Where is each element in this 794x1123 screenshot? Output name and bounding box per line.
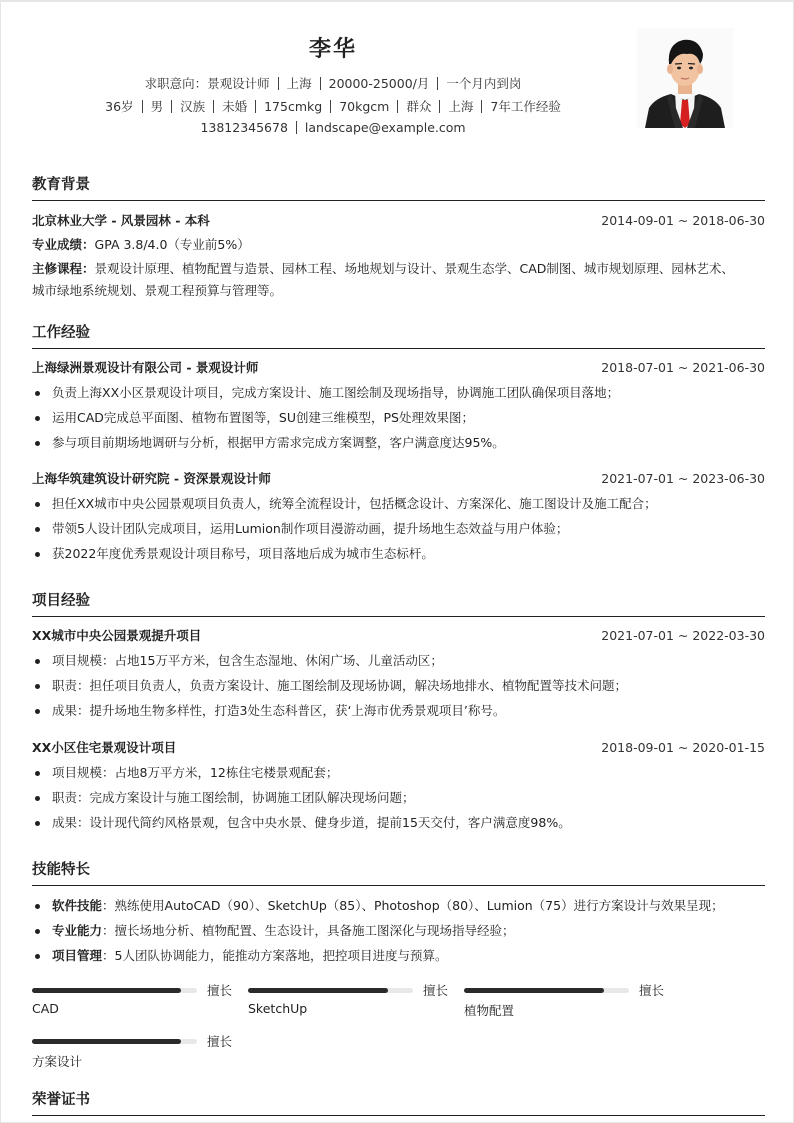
section-title: 荣誉证书 <box>32 1089 765 1111</box>
project-heading-row: XX城市中央公园景观提升项目 2021-07-01 ~ 2022-03-30 <box>32 627 765 645</box>
skill-bar-fill <box>464 988 604 993</box>
divider <box>278 77 279 90</box>
job-date: 2018-07-01 ~ 2021-06-30 <box>601 359 765 377</box>
skill-bullet: 软件技能：熟练使用AutoCAD（90）、SketchUp（85）、Photos… <box>32 897 765 915</box>
project-bullet: 项目规模：占地8万平方米，12栋住宅楼景观配套； <box>32 764 765 782</box>
job-entry: 上海华筑建筑设计研究院 - 资深景观设计师 2021-07-01 ~ 2023-… <box>32 470 765 570</box>
project-title: XX小区住宅景观设计项目 <box>32 740 176 755</box>
skill-bar-track <box>464 988 629 993</box>
skill-bar-fill <box>248 988 388 993</box>
divider <box>255 100 256 113</box>
skill-level: 擅长 <box>639 981 664 999</box>
job-bullet: 参与项目前期场地调研与分析，根据甲方需求完成方案调整，客户满意度达95%。 <box>32 434 765 452</box>
political-status: 群众 <box>406 99 431 114</box>
section-skills: 技能特长 <box>32 859 765 886</box>
resume-page: 李华 求职意向：景观设计师上海20000-25000/月一个月内到岗 36岁男汉… <box>0 0 794 1123</box>
height: 175cmkg <box>264 99 322 114</box>
section-projects: 项目经验 <box>32 590 765 617</box>
skill-name: CAD <box>32 1001 59 1016</box>
gpa-label: 专业成绩： <box>32 237 95 252</box>
skill-bullet: 专业能力：擅长场地分析、植物配置、生态设计，具备施工图深化与现场指导经验； <box>32 922 765 940</box>
education-entry: 北京林业大学 - 风景园林 - 本科 2014-09-01 ~ 2018-06-… <box>32 212 765 302</box>
gpa-row: 专业成绩：GPA 3.8/4.0（专业前5%） <box>32 236 765 254</box>
marital-status: 未婚 <box>222 99 247 114</box>
education-heading-row: 北京林业大学 - 风景园林 - 本科 2014-09-01 ~ 2018-06-… <box>32 212 765 230</box>
skill-label: 专业能力 <box>52 923 102 938</box>
project-date: 2018-09-01 ~ 2020-01-15 <box>601 739 765 757</box>
divider <box>481 100 482 113</box>
courses-value-cont: 城市绿地系统规划、景观工程预算与管理等。 <box>32 283 282 298</box>
skill-text: ：擅长场地分析、植物配置、生态设计，具备施工图深化与现场指导经验； <box>102 923 515 938</box>
divider <box>320 77 321 90</box>
experience-years: 7年工作经验 <box>490 99 560 114</box>
salary: 20000-25000/月 <box>329 76 430 91</box>
divider <box>213 100 214 113</box>
courses-row: 主修课程：景观设计原理、植物配置与造景、园林工程、场地规划与设计、景观生态学、C… <box>32 260 765 278</box>
skill-name: SketchUp <box>248 1001 307 1016</box>
skill-bar-fill <box>32 988 181 993</box>
skill-level: 擅长 <box>207 1032 232 1050</box>
skill-bar-cad: 擅长 CAD <box>32 984 232 1026</box>
project-bullet: 项目规模：占地15万平方米，包含生态湿地、休闲广场、儿童活动区； <box>32 652 765 670</box>
project-date: 2021-07-01 ~ 2022-03-30 <box>601 627 765 645</box>
job-entry: 上海绿洲景观设计有限公司 - 景观设计师 2018-07-01 ~ 2021-0… <box>32 359 765 459</box>
skill-bar-track <box>32 988 197 993</box>
email: landscape@example.com <box>305 120 466 135</box>
intent-city: 上海 <box>287 76 312 91</box>
age: 36岁 <box>105 99 133 114</box>
skill-level: 擅长 <box>423 981 448 999</box>
job-intent-line: 求职意向：景观设计师上海20000-25000/月一个月内到岗 <box>1 74 665 92</box>
job-bullet: 带领5人设计团队完成项目，运用Lumion制作项目漫游动画，提升场地生态效益与用… <box>32 520 765 538</box>
project-heading-row: XX小区住宅景观设计项目 2018-09-01 ~ 2020-01-15 <box>32 739 765 757</box>
divider <box>437 77 438 90</box>
project-bullet: 成果：设计现代简约风格景观，包含中央水景、健身步道，提前15天交付，客户满意度9… <box>32 814 765 832</box>
divider <box>439 100 440 113</box>
education-date: 2014-09-01 ~ 2018-06-30 <box>601 212 765 230</box>
courses-label: 主修课程： <box>32 261 95 276</box>
divider <box>296 121 297 134</box>
job-date: 2021-07-01 ~ 2023-06-30 <box>601 470 765 488</box>
avatar-photo <box>637 28 733 128</box>
gender: 男 <box>151 99 164 114</box>
job-heading-row: 上海华筑建筑设计研究院 - 资深景观设计师 2021-07-01 ~ 2023-… <box>32 470 765 488</box>
skill-name: 方案设计 <box>32 1052 82 1070</box>
job-intent: 求职意向：景观设计师 <box>145 76 270 91</box>
skill-label: 软件技能 <box>52 898 102 913</box>
job-bullet: 运用CAD完成总平面图、植物布置图等，SU创建三维模型，PS处理效果图； <box>32 409 765 427</box>
candidate-name: 李华 <box>1 32 665 63</box>
contact-line: 13812345678landscape@example.com <box>1 120 665 135</box>
weight: 70kgcm <box>339 99 389 114</box>
project-bullet: 职责：完成方案设计与施工图绘制，协调施工团队解决现场问题； <box>32 789 765 807</box>
job-heading-row: 上海绿洲景观设计有限公司 - 景观设计师 2018-07-01 ~ 2021-0… <box>32 359 765 377</box>
divider <box>171 100 172 113</box>
courses-row-cont: 城市绿地系统规划、景观工程预算与管理等。 <box>32 282 765 300</box>
section-title: 项目经验 <box>32 590 765 612</box>
job-title: 上海华筑建筑设计研究院 - 资深景观设计师 <box>32 471 271 486</box>
personal-info-line: 36岁男汉族未婚175cmkg70kgcm群众上海7年工作经验 <box>1 97 665 115</box>
skill-text: ：5人团队协调能力，能推动方案落地，把控项目进度与预算。 <box>102 948 447 963</box>
skills-list: 软件技能：熟练使用AutoCAD（90）、SketchUp（85）、Photos… <box>32 897 765 972</box>
section-title: 教育背景 <box>32 174 765 196</box>
job-title: 上海绿洲景观设计有限公司 - 景观设计师 <box>32 360 258 375</box>
divider <box>330 100 331 113</box>
project-bullet: 成果：提升场地生物多样性，打造3处生态科普区，获‘上海市优秀景观项目’称号。 <box>32 702 765 720</box>
project-bullet: 职责：担任项目负责人，负责方案设计、施工图绘制及现场协调，解决场地排水、植物配置… <box>32 677 765 695</box>
job-bullet: 负责上海XX小区景观设计项目，完成方案设计、施工图绘制及现场指导，协调施工团队确… <box>32 384 765 402</box>
skill-bar-planting: 擅长 植物配置 <box>464 984 664 1026</box>
courses-value: 景观设计原理、植物配置与造景、园林工程、场地规划与设计、景观生态学、CAD制图、… <box>95 261 734 276</box>
project-entry: XX小区住宅景观设计项目 2018-09-01 ~ 2020-01-15 项目规… <box>32 739 765 839</box>
skill-bar-sketchup: 擅长 SketchUp <box>248 984 448 1026</box>
job-bullet: 担任XX城市中央公园景观项目负责人，统筹全流程设计，包括概念设计、方案深化、施工… <box>32 495 765 513</box>
skill-bar-track <box>248 988 413 993</box>
divider <box>397 100 398 113</box>
skill-label: 项目管理 <box>52 948 102 963</box>
skill-bar-track <box>32 1039 197 1044</box>
gpa-value: GPA 3.8/4.0（专业前5%） <box>95 237 250 252</box>
skill-bar-scheme: 擅长 方案设计 <box>32 1035 232 1077</box>
section-work: 工作经验 <box>32 322 765 349</box>
section-divider <box>32 885 765 886</box>
phone: 13812345678 <box>200 120 287 135</box>
section-honors: 荣誉证书 <box>32 1089 765 1116</box>
ethnicity: 汉族 <box>180 99 205 114</box>
section-divider <box>32 348 765 349</box>
section-education: 教育背景 <box>32 174 765 201</box>
skill-bar-fill <box>32 1039 181 1044</box>
section-divider <box>32 1115 765 1116</box>
divider <box>142 100 143 113</box>
skill-bullet: 项目管理：5人团队协调能力，能推动方案落地，把控项目进度与预算。 <box>32 947 765 965</box>
skill-level: 擅长 <box>207 981 232 999</box>
section-title: 技能特长 <box>32 859 765 881</box>
project-title: XX城市中央公园景观提升项目 <box>32 628 201 643</box>
project-entry: XX城市中央公园景观提升项目 2021-07-01 ~ 2022-03-30 项… <box>32 627 765 727</box>
skill-name: 植物配置 <box>464 1001 514 1019</box>
availability: 一个月内到岗 <box>446 76 521 91</box>
school-degree: 北京林业大学 - 风景园林 - 本科 <box>32 213 210 228</box>
avatar-illustration-icon <box>637 28 733 128</box>
section-divider <box>32 200 765 201</box>
job-bullet: 获2022年度优秀景观设计项目称号，项目落地后成为城市生态标杆。 <box>32 545 765 563</box>
resume-header: 李华 求职意向：景观设计师上海20000-25000/月一个月内到岗 36岁男汉… <box>1 2 794 152</box>
section-divider <box>32 616 765 617</box>
residence: 上海 <box>448 99 473 114</box>
skill-text: ：熟练使用AutoCAD（90）、SketchUp（85）、Photoshop（… <box>102 898 724 913</box>
section-title: 工作经验 <box>32 322 765 344</box>
